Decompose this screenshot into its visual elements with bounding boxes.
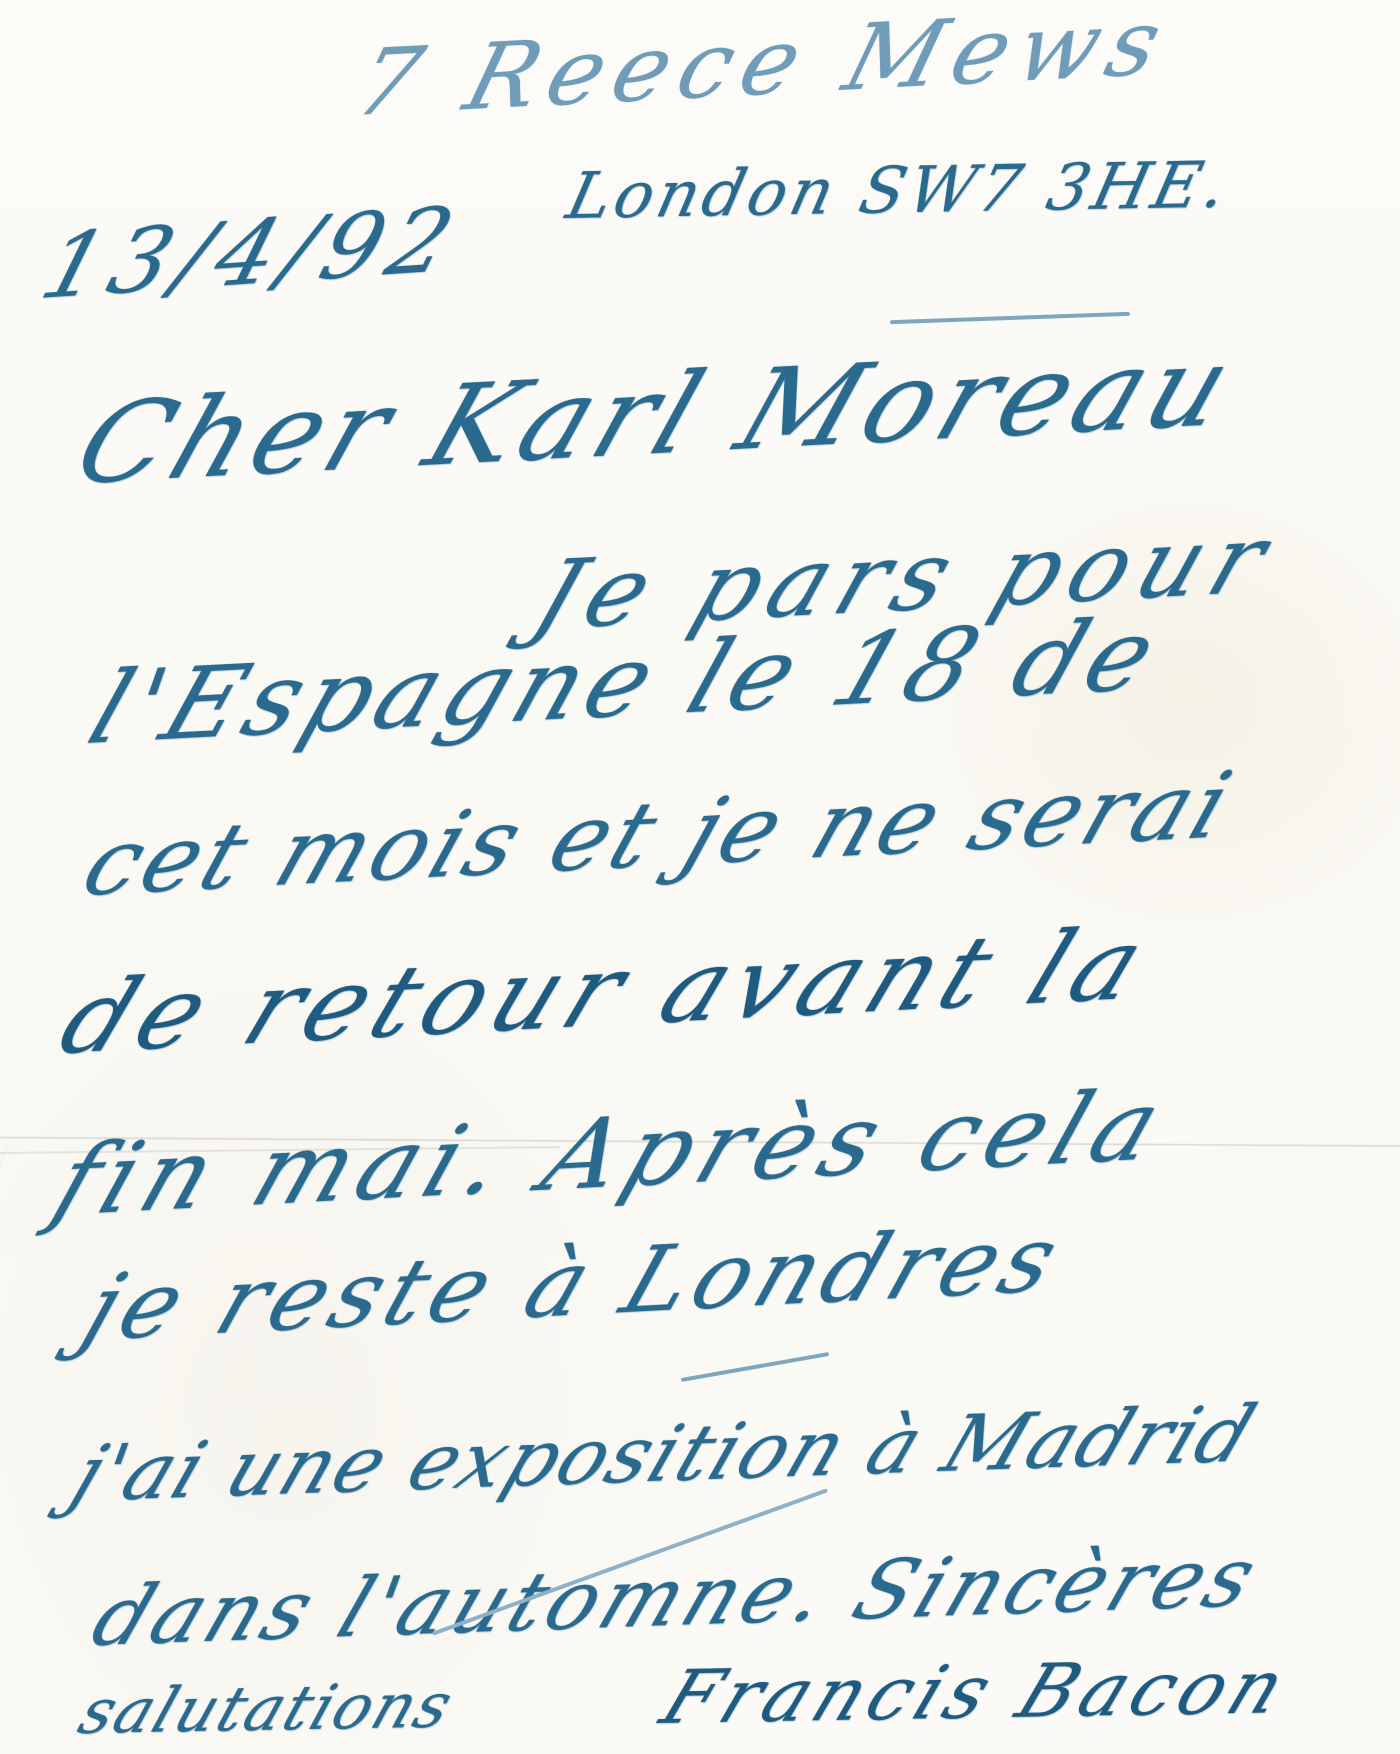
address-line-2: London SW7 3HE.: [560, 149, 1238, 234]
signature: Francis Bacon: [650, 1644, 1303, 1741]
closing: salutations: [70, 1669, 464, 1748]
